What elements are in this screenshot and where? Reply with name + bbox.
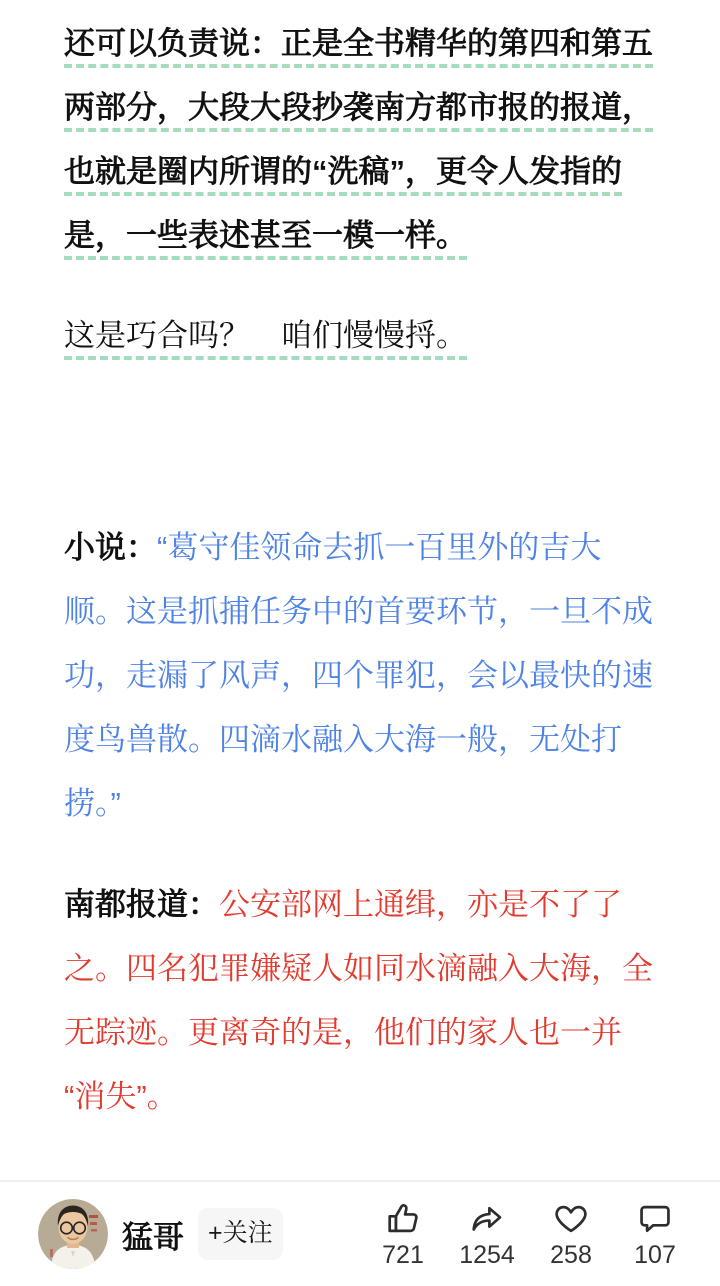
novel-label: 小说： bbox=[64, 530, 157, 565]
paragraph-claim: 还可以负责说：正是全书精华的第四和第五 两部分，大段大段抄袭南方都市报的报道， … bbox=[64, 12, 680, 268]
paragraph-novel: 小说：“葛守佳领命去抓一百里外的吉大 顺。这是抓捕任务中的首要环节，一旦不成 功… bbox=[64, 516, 680, 836]
comment-icon bbox=[636, 1200, 674, 1238]
novel-quote-text: “葛守佳领命去抓一百里外的吉大 顺。这是抓捕任务中的首要环节，一旦不成 功，走漏… bbox=[64, 530, 653, 821]
paragraph-report: 南都报道：公安部网上通缉，亦是不了了 之。四名犯罪嫌疑人如同水滴融入大海，全 无… bbox=[64, 873, 680, 1129]
paragraph-question: 这是巧合吗？ 咱们慢慢捋。 bbox=[64, 304, 680, 368]
avatar[interactable] bbox=[38, 1199, 108, 1269]
share-icon bbox=[468, 1200, 506, 1238]
stats-group: 721 1254 258 107 bbox=[374, 1200, 684, 1269]
share-count: 1254 bbox=[459, 1241, 515, 1269]
author-group: 猛哥 +关注 bbox=[38, 1199, 283, 1269]
avatar-image bbox=[38, 1199, 108, 1269]
author-bar: 猛哥 +关注 721 1254 258 bbox=[0, 1180, 720, 1286]
heart-button[interactable]: 258 bbox=[542, 1200, 600, 1269]
article-content: 还可以负责说：正是全书精华的第四和第五 两部分，大段大段抄袭南方都市报的报道， … bbox=[0, 0, 720, 1129]
article-page: 还可以负责说：正是全书精华的第四和第五 两部分，大段大段抄袭南方都市报的报道， … bbox=[0, 0, 720, 1286]
follow-button[interactable]: +关注 bbox=[198, 1208, 283, 1260]
comment-count: 107 bbox=[634, 1241, 676, 1269]
like-count: 721 bbox=[382, 1241, 424, 1269]
heart-icon bbox=[552, 1200, 590, 1238]
like-button[interactable]: 721 bbox=[374, 1200, 432, 1269]
share-button[interactable]: 1254 bbox=[458, 1200, 516, 1269]
thumbs-up-icon bbox=[384, 1200, 422, 1238]
report-label: 南都报道： bbox=[64, 887, 219, 922]
comment-button[interactable]: 107 bbox=[626, 1200, 684, 1269]
author-name[interactable]: 猛哥 bbox=[122, 1212, 184, 1257]
heart-count: 258 bbox=[550, 1241, 592, 1269]
